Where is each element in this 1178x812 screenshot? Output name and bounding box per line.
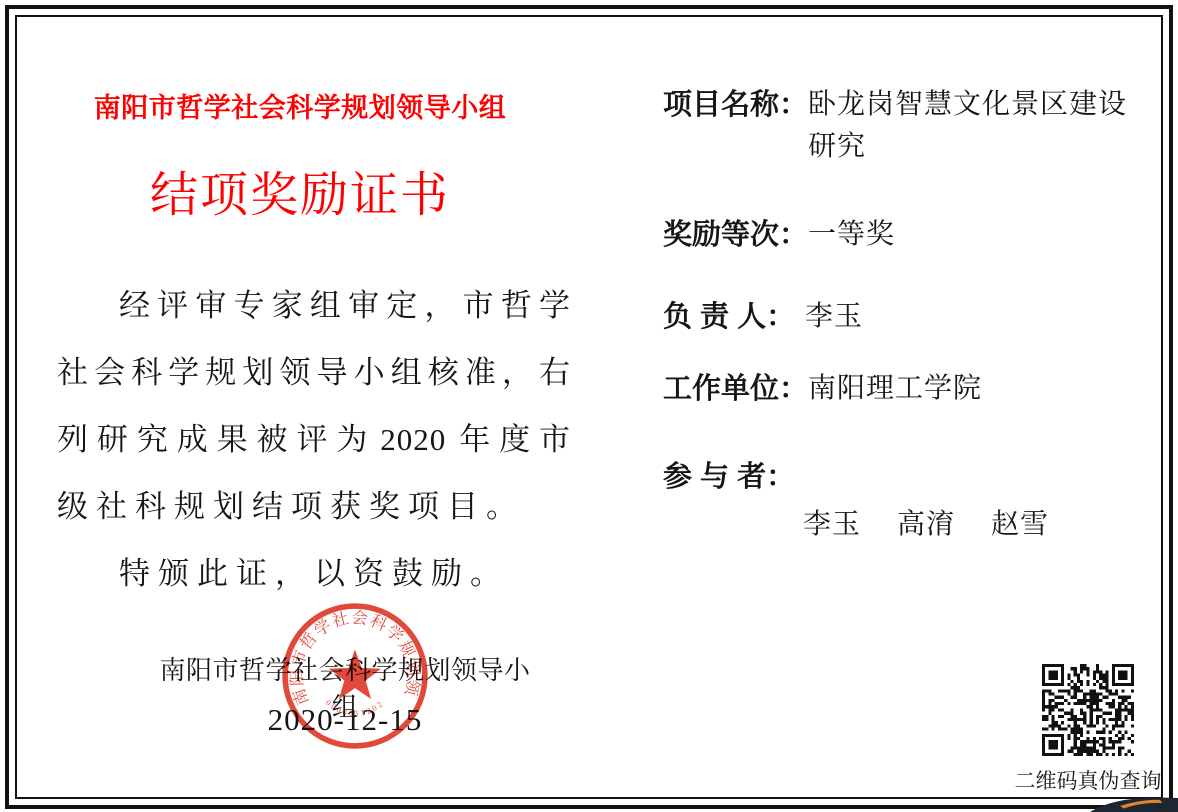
- award-grade-value: 一等奖: [808, 214, 895, 256]
- leader-label: 负 责 人：: [663, 296, 805, 338]
- qr-caption: 二维码真伪查询: [1008, 765, 1168, 795]
- page-curl-decoration: [1090, 794, 1178, 812]
- participant-name: 李玉: [803, 504, 861, 546]
- award-year: 2020: [376, 422, 450, 457]
- issuer-title: 南阳市哲学社会科学规划领导小组: [45, 86, 555, 125]
- project-name-value: 卧龙岗智慧文化景区建设研究: [808, 84, 1148, 168]
- field-award-grade: 奖励等次： 一等奖: [663, 214, 895, 256]
- qr-code: [1042, 664, 1134, 756]
- participant-name: 高淯: [897, 504, 955, 546]
- body-line-1: 经评审专家组审定，市哲学: [57, 272, 570, 339]
- participants-label: 参 与 者：: [663, 456, 805, 498]
- certificate-body: 经评审专家组审定，市哲学 社会科学规划领导小组核准，右 列研究成果被评为2020…: [57, 272, 570, 607]
- certificate-title: 结项奖励证书: [45, 156, 555, 225]
- body-line-4: 级社科规划结项获奖项目。: [57, 473, 570, 540]
- award-grade-label: 奖励等次：: [663, 214, 808, 256]
- body-line-3-tail: 年度市: [450, 422, 570, 457]
- field-project-name: 项目名称： 卧龙岗智慧文化景区建设研究: [663, 84, 1148, 168]
- signature-date: 2020-12-15: [150, 702, 540, 738]
- body-line-3: 列研究成果被评为2020年度市: [57, 406, 570, 473]
- qr-verification-block: 二维码真伪查询: [1008, 664, 1168, 795]
- work-unit-label: 工作单位：: [663, 368, 808, 410]
- field-participants: 参 与 者：: [663, 456, 805, 498]
- work-unit-value: 南阳理工学院: [808, 368, 982, 410]
- certificate-page: 南阳市哲学社会科学规划领导小组 结项奖励证书 经评审专家组审定，市哲学 社会科学…: [0, 0, 1178, 812]
- project-name-label: 项目名称：: [663, 84, 808, 126]
- leader-value: 李玉: [805, 296, 863, 338]
- body-line-5: 特颁此证，以资鼓励。: [57, 540, 570, 607]
- field-work-unit: 工作单位： 南阳理工学院: [663, 368, 982, 410]
- participant-name: 赵雪: [991, 504, 1049, 546]
- body-line-2: 社会科学规划领导小组核准，右: [57, 339, 570, 406]
- participant-names: 李玉 高淯 赵雪: [803, 504, 1049, 546]
- field-leader: 负 责 人： 李玉: [663, 296, 863, 338]
- body-line-3-text: 列研究成果被评为: [57, 422, 376, 457]
